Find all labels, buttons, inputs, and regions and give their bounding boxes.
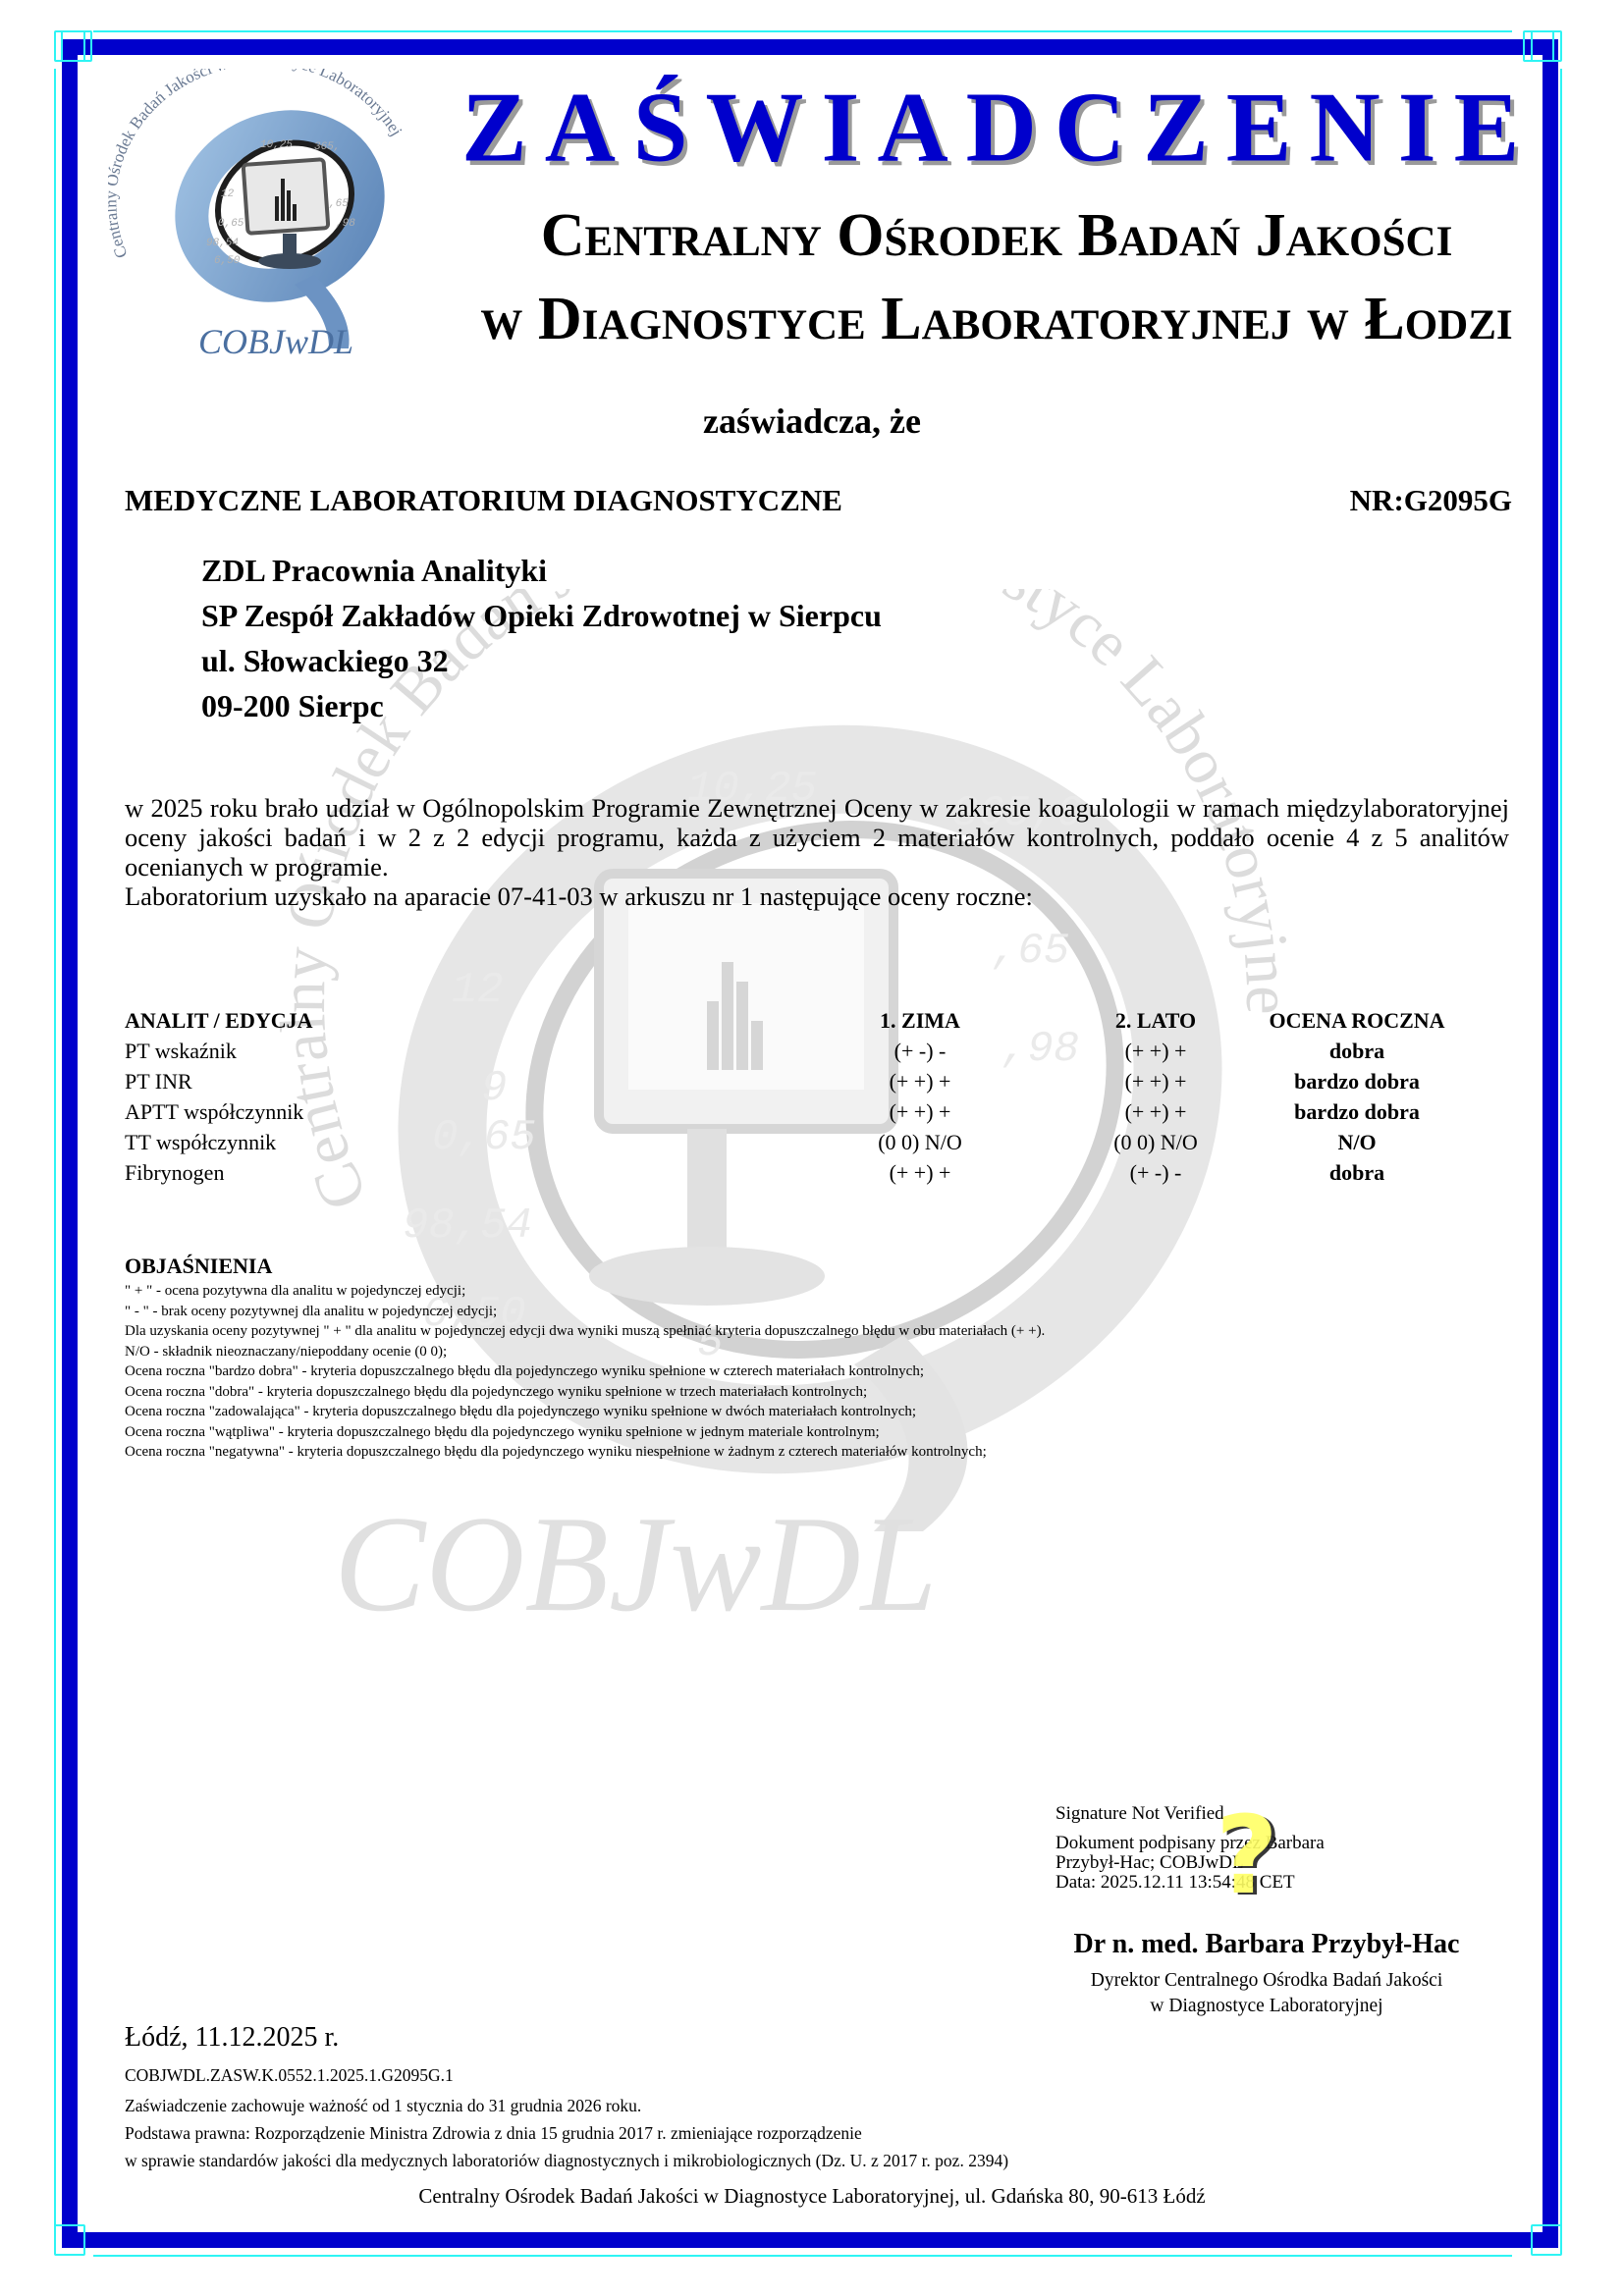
participation-statement: w 2025 roku brało udział w Ogólnopolskim… <box>125 793 1509 911</box>
cyan-line-bottom <box>93 2255 1512 2257</box>
explanation-line: " - " - brak oceny pozytywnej dla analit… <box>125 1302 1509 1322</box>
annual-grade: N/O <box>1254 1130 1460 1155</box>
analyte-name: TT współczynnik <box>125 1130 276 1155</box>
table-header-row: ANALIT / EDYCJA 1. ZIMA 2. LATO OCENA RO… <box>125 1008 1509 1039</box>
signer-role-line: w Diagnostyce Laboratoryjnej <box>1051 1994 1483 2019</box>
table-row: Fibrynogen(+ +) +(+ -) -dobra <box>125 1160 1509 1191</box>
explanation-line: Ocena roczna "zadowalająca" - kryteria d… <box>125 1402 1509 1422</box>
cyan-line-left <box>54 69 56 2238</box>
result-intro: Laboratorium uzyskało na aparacie 07-41-… <box>125 881 1509 911</box>
issuer-name-line1: Centralny Ośrodek Badań Jakości <box>452 201 1542 271</box>
edition-1-result: (0 0) N/O <box>851 1130 989 1155</box>
edition-1-result: (+ +) + <box>851 1160 989 1186</box>
footer-address: Centralny Ośrodek Badań Jakości w Diagno… <box>0 2184 1624 2209</box>
place-and-date: Łódź, 11.12.2025 r. <box>125 2022 339 2054</box>
analyte-name: PT INR <box>125 1069 192 1095</box>
explanation-line: Ocena roczna "bardzo dobra" - kryteria d… <box>125 1362 1509 1382</box>
laboratory-address: ZDL Pracownia Analityki SP Zespół Zakład… <box>201 548 882 728</box>
corner-mark-br <box>1531 2224 1562 2256</box>
annual-grade: bardzo dobra <box>1254 1099 1460 1125</box>
cyan-line-top <box>93 30 1512 32</box>
question-mark-icon: ? <box>1216 1801 1278 1909</box>
explanation-line: " + " - ocena pozytywna dla analitu w po… <box>125 1281 1509 1302</box>
annual-grade: bardzo dobra <box>1254 1069 1460 1095</box>
explanation-line: Ocena roczna "dobra" - kryteria dopuszcz… <box>125 1382 1509 1403</box>
explanation-line: N/O - składnik nieoznaczany/niepoddany o… <box>125 1342 1509 1362</box>
svg-text:0,65: 0,65 <box>218 218 244 230</box>
explanation-line: Ocena roczna "negatywna" - kryteria dopu… <box>125 1442 1509 1463</box>
svg-text:10,25: 10,25 <box>260 139 293 151</box>
annual-grade: dobra <box>1254 1039 1460 1064</box>
explanation-line: Dla uzyskania oceny pozytywnej " + " dla… <box>125 1321 1509 1342</box>
corner-mark-tr2 <box>1531 30 1562 62</box>
q-monitor-logo-icon: Centralny Ośrodek Badań Jakości w Diagno… <box>108 69 442 363</box>
document-notes: COBJWDL.ZASW.K.0552.1.2025.1.G2095G.1 Za… <box>125 2061 1401 2174</box>
table-row: PT INR(+ +) +(+ +) +bardzo dobra <box>125 1069 1509 1099</box>
laboratory-type: MEDYCZNE LABORATORIUM DIAGNOSTYCZNE <box>125 483 842 518</box>
address-line: ZDL Pracownia Analityki <box>201 548 882 593</box>
header-edition-2: 2. LATO <box>1087 1008 1224 1034</box>
header-annual-grade: OCENA ROCZNA <box>1254 1008 1460 1034</box>
edition-2-result: (+ +) + <box>1087 1099 1224 1125</box>
corner-mark-bl <box>54 2224 85 2256</box>
svg-text:6,50: 6,50 <box>214 255 241 267</box>
corner-mark-tl2 <box>61 30 92 62</box>
svg-text:98,54: 98,54 <box>206 238 239 249</box>
explanations-title: OBJAŚNIENIA <box>125 1254 1509 1279</box>
table-row: PT wskaźnik(+ -) -(+ +) +dobra <box>125 1039 1509 1069</box>
header-edition-1: 1. ZIMA <box>851 1008 989 1034</box>
signer-role-line: Dyrektor Centralnego Ośrodka Badań Jakoś… <box>1051 1968 1483 1994</box>
analyte-name: Fibrynogen <box>125 1160 224 1186</box>
address-line: 09-200 Sierpc <box>201 683 882 728</box>
annual-grade: dobra <box>1254 1160 1460 1186</box>
address-line: SP Zespół Zakładów Opieki Zdrowotnej w S… <box>201 593 882 638</box>
certifies-phrase: zaświadcza, że <box>0 400 1624 442</box>
cyan-line-right <box>1560 69 1562 2238</box>
analyte-name: APTT współczynnik <box>125 1099 303 1125</box>
edition-1-result: (+ -) - <box>851 1039 989 1064</box>
address-line: ul. Słowackiego 32 <box>201 638 882 683</box>
grades-table: ANALIT / EDYCJA 1. ZIMA 2. LATO OCENA RO… <box>125 1008 1509 1191</box>
signer-role: Dyrektor Centralnego Ośrodka Badań Jakoś… <box>1051 1968 1483 2019</box>
edition-2-result: (+ -) - <box>1087 1160 1224 1186</box>
analyte-name: PT wskaźnik <box>125 1039 237 1064</box>
signer-name: Dr n. med. Barbara Przybył-Hac <box>1051 1929 1483 1960</box>
legal-basis-cont: w sprawie standardów jakości dla medyczn… <box>125 2147 1401 2174</box>
edition-2-result: (+ +) + <box>1087 1039 1224 1064</box>
edition-1-result: (+ +) + <box>851 1099 989 1125</box>
edition-2-result: (+ +) + <box>1087 1069 1224 1095</box>
svg-text:,65: ,65 <box>329 198 349 210</box>
reference-number: COBJWDL.ZASW.K.0552.1.2025.1.G2095G.1 <box>125 2061 1401 2089</box>
participation-paragraph: w 2025 roku brało udział w Ogólnopolskim… <box>125 793 1509 881</box>
header-analyte: ANALIT / EDYCJA <box>125 1008 313 1034</box>
edition-2-result: (0 0) N/O <box>1087 1130 1224 1155</box>
validity-period: Zaświadczenie zachowuje ważność od 1 sty… <box>125 2092 1401 2119</box>
svg-text:12: 12 <box>221 188 235 200</box>
svg-text:365,: 365, <box>314 141 340 153</box>
laboratory-number: NR:G2095G <box>1350 483 1512 518</box>
logo-monogram: COBJwDL <box>198 322 353 361</box>
table-row: APTT współczynnik(+ +) +(+ +) +bardzo do… <box>125 1099 1509 1130</box>
explanations: OBJAŚNIENIA " + " - ocena pozytywna dla … <box>125 1254 1509 1463</box>
issuer-name-line2: w Diagnostyce Laboratoryjnej w Łodzi <box>452 285 1542 354</box>
legal-basis: Podstawa prawna: Rozporządzenie Ministra… <box>125 2119 1401 2147</box>
table-row: TT współczynnik(0 0) N/O(0 0) N/ON/O <box>125 1130 1509 1160</box>
document-title: ZAŚWIADCZENIE <box>461 70 1522 185</box>
svg-text:,98: ,98 <box>336 218 355 230</box>
edition-1-result: (+ +) + <box>851 1069 989 1095</box>
explanation-line: Ocena roczna "wątpliwa" - kryteria dopus… <box>125 1422 1509 1443</box>
